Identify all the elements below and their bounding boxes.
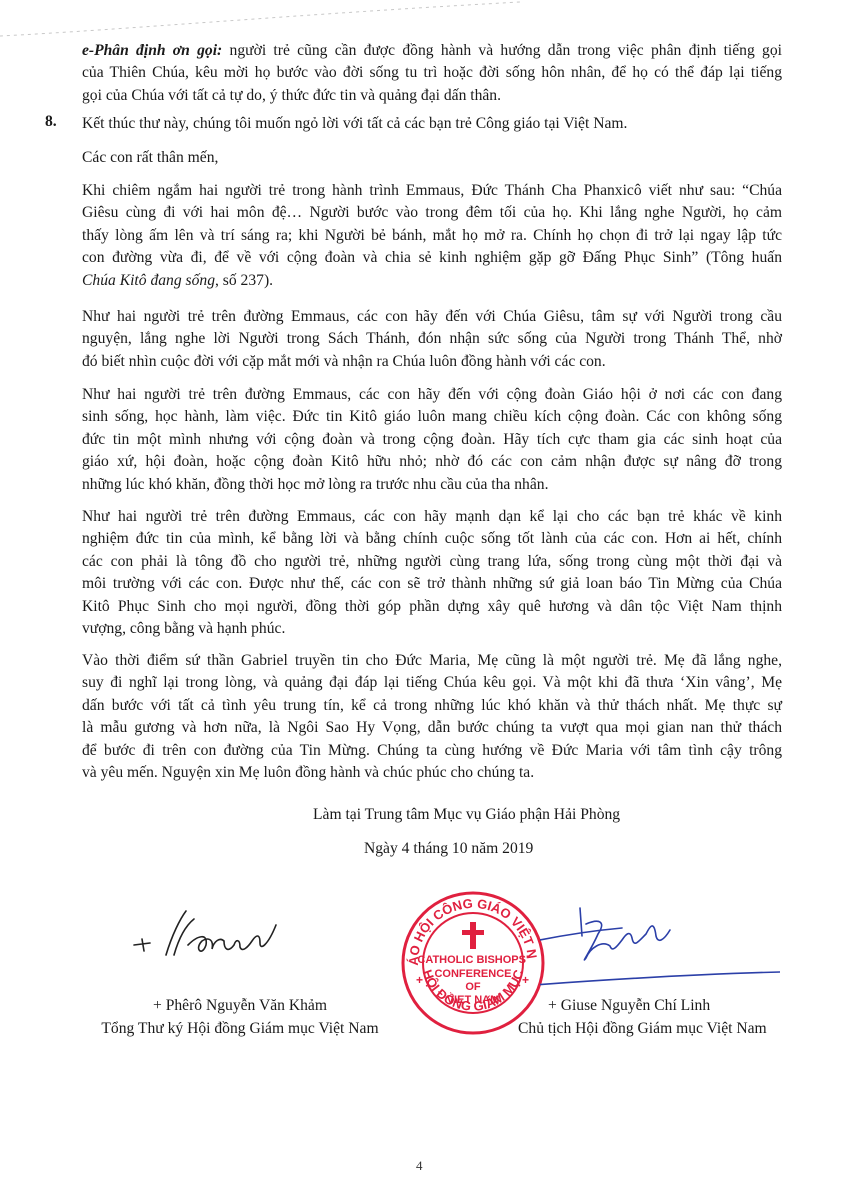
paragraph-community: Như hai người trẻ trên đường Emmaus, các… [82, 384, 782, 496]
paragraph-come-to-jesus: Như hai người trẻ trên đường Emmaus, các… [82, 306, 782, 373]
document-title: Chúa Kitô đang sống [82, 272, 215, 289]
paragraph-emmaus-quote: Khi chiêm ngắm hai người trẻ trong hành … [82, 180, 782, 292]
signatory-left-name: + Phêrô Nguyễn Văn Khảm [80, 994, 400, 1017]
scan-artifact-line [0, 0, 520, 40]
signature-left [128, 905, 308, 965]
signatory-right-title: Chủ tịch Hội đồng Giám mục Việt Nam [518, 1017, 778, 1040]
signatory-right-name: + Giuse Nguyễn Chí Linh [518, 994, 778, 1017]
signatory-left-title: Tổng Thư ký Hội đồng Giám mục Việt Nam [80, 1017, 400, 1040]
signatory-left: + Phêrô Nguyễn Văn Khảm Tổng Thư ký Hội … [80, 994, 400, 1040]
item-number: 8. [45, 113, 57, 131]
section-e-paragraph: e-Phân định ơn gọi: người trẻ cũng cần đ… [82, 40, 782, 107]
signatory-right: + Giuse Nguyễn Chí Linh Chủ tịch Hội đồn… [518, 994, 778, 1040]
svg-text:CATHOLIC BISHOPS': CATHOLIC BISHOPS' [417, 954, 529, 966]
svg-text:VIET NAM: VIET NAM [447, 994, 500, 1006]
svg-text:CONFERENCE: CONFERENCE [434, 968, 511, 980]
item-8-intro: Kết thúc thư này, chúng tôi muốn ngỏ lời… [82, 113, 627, 135]
paragraph-witness: Như hai người trẻ trên đường Emmaus, các… [82, 506, 782, 640]
section-e-label: e-Phân định ơn gọi: [82, 42, 222, 59]
closing-date: Ngày 4 tháng 10 năm 2019 [364, 840, 533, 858]
closing-place: Làm tại Trung tâm Mục vụ Giáo phận Hải P… [313, 806, 620, 824]
signature-right [540, 900, 780, 1000]
svg-text:+: + [522, 973, 529, 987]
paragraph-mary: Vào thời điểm sứ thần Gabriel truyền tin… [82, 650, 782, 784]
greeting: Các con rất thân mến, [82, 147, 218, 169]
svg-text:+: + [416, 973, 423, 987]
svg-text:OF: OF [465, 981, 481, 993]
page-number: 4 [416, 1158, 423, 1174]
